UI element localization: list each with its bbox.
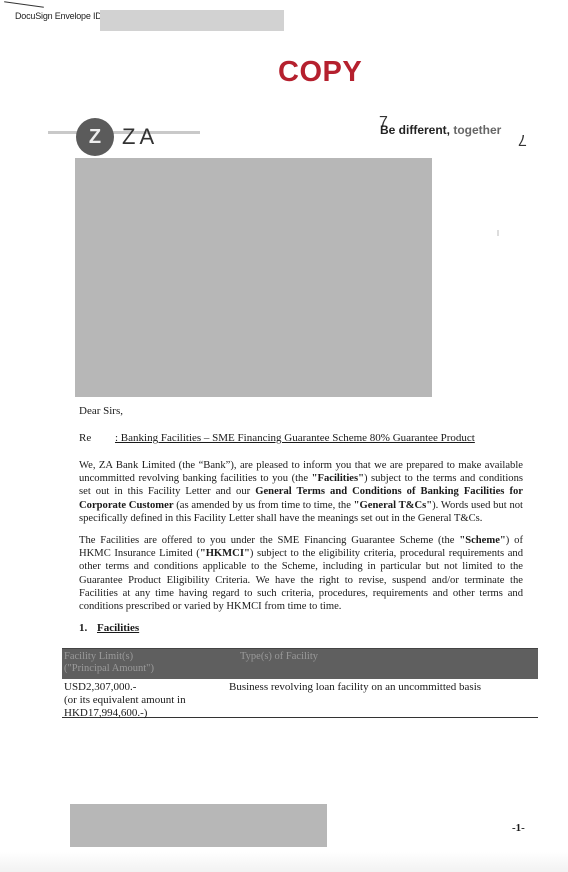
re-label: Re: [79, 432, 115, 444]
za-logo-icon: Z: [76, 118, 114, 156]
page-number: -1-: [512, 822, 525, 834]
address-redaction: [75, 158, 432, 397]
header-facility-limit: Facility Limit(s) ("Principal Amount"): [64, 651, 154, 675]
page-bottom-edge: [0, 852, 568, 872]
signature-stroke: [4, 1, 44, 8]
envelope-id-label: DocuSign Envelope ID:: [15, 11, 104, 21]
limit-line: HKD17,994,600.-): [64, 707, 186, 720]
scheme-paragraph: The Facilities are offered to you under …: [79, 534, 523, 613]
header-facility-type: Type(s) of Facility: [240, 651, 318, 663]
intro-paragraph: We, ZA Bank Limited (the “Bank”), are pl…: [79, 459, 523, 525]
section-heading: 1.Facilities: [79, 622, 139, 634]
envelope-id-redaction: [100, 10, 284, 31]
section-number: 1.: [79, 622, 97, 634]
tagline-light: together: [450, 123, 501, 137]
tagline: Be different, together: [380, 123, 501, 137]
salutation: Dear Sirs,: [79, 405, 123, 417]
re-subject: : Banking Facilities – SME Financing Gua…: [115, 432, 475, 444]
tagline-bold: Be different,: [380, 123, 450, 137]
table-row: USD2,307,000.- (or its equivalent amount…: [62, 679, 538, 718]
copy-stamp: COPY: [278, 56, 362, 89]
table-header: Facility Limit(s) ("Principal Amount") T…: [62, 648, 538, 679]
limit-line: (or its equivalent amount in: [64, 694, 186, 707]
tagline-close-mark-icon: 7: [518, 130, 527, 148]
section-title: Facilities: [97, 622, 139, 634]
re-line: Re: Banking Facilities – SME Financing G…: [79, 432, 475, 444]
facilities-table: Facility Limit(s) ("Principal Amount") T…: [62, 648, 538, 718]
za-logo-text: ZA: [122, 124, 158, 150]
limit-line: USD2,307,000.-: [64, 681, 186, 694]
facility-type-cell: Business revolving loan facility on an u…: [229, 681, 481, 694]
scan-speck: [497, 230, 499, 236]
footer-redaction: [70, 804, 327, 847]
facility-limit-cell: USD2,307,000.- (or its equivalent amount…: [64, 681, 186, 720]
